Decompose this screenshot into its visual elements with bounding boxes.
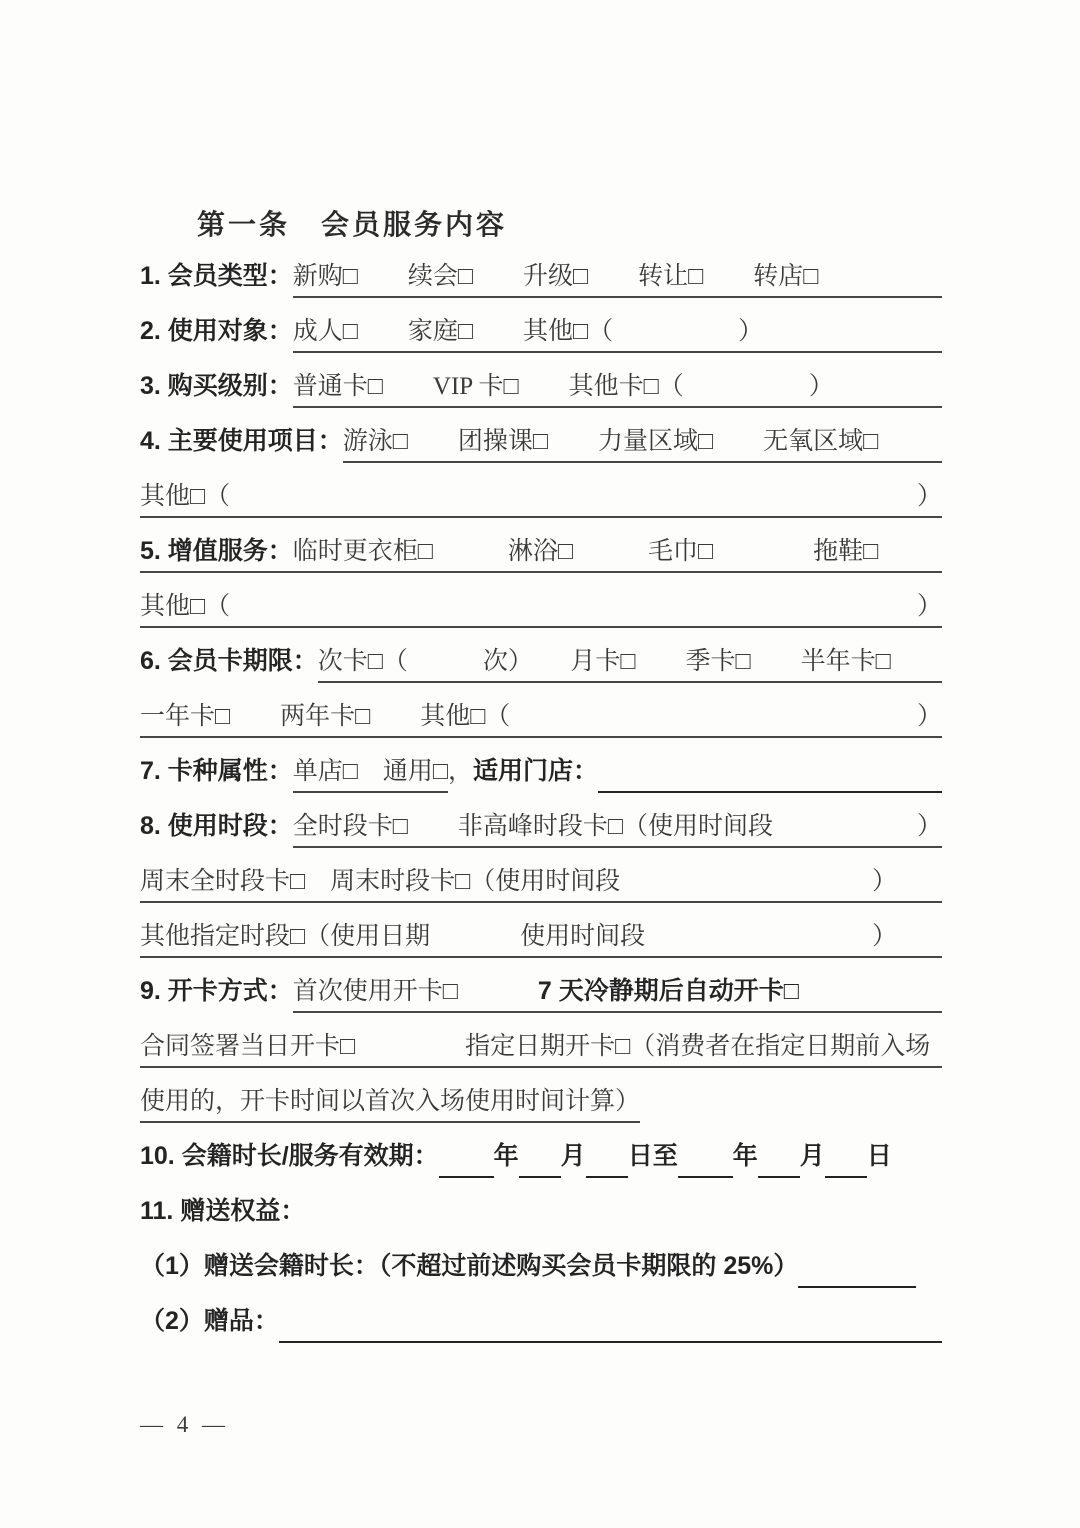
form-row-usage-time: 8. 使用时段： 全时段卡□ 非高峰时段卡□（使用时间段 ） (140, 793, 942, 848)
usage-time-weekend-blank[interactable] (620, 897, 872, 903)
card-term-other-blank[interactable] (510, 732, 917, 738)
usage-time-other-prefix[interactable]: 其他指定时段□（使用日期 (140, 916, 430, 958)
rule-gap (458, 1007, 538, 1013)
card-term-options2[interactable]: 一年卡□ 两年卡□ 其他□（ (140, 696, 510, 738)
form-row-bonus-duration: （1）赠送会籍时长：（不超过前述购买会员卡期限的 25%） (140, 1233, 942, 1288)
close-paren: ） (917, 586, 942, 628)
usage-time-options[interactable]: 全时段卡□ 非高峰时段卡□（使用时间段 (293, 806, 773, 848)
form-row-card-attribute: 7. 卡种属性： 单店□ 通用□ ， 适用门店： (140, 738, 942, 793)
activation-option1[interactable]: 首次使用开卡□ (293, 971, 458, 1013)
value-added-other-blank[interactable] (230, 622, 917, 628)
close-paren: ） (872, 861, 897, 903)
value-added-options[interactable]: 临时更衣柜□ 淋浴□ 毛巾□ 拖鞋□ (293, 531, 878, 573)
membership-type-options[interactable]: 新购□ 续会□ 升级□ 转让□ 转店□ (293, 256, 819, 298)
rule-gap (355, 1062, 465, 1068)
main-usage-blank[interactable] (878, 457, 942, 463)
form-row-card-term: 6. 会员卡期限： 次卡□（ 次） 月卡□ 季卡□ 半年卡□ (140, 628, 942, 683)
close-paren: ） (917, 806, 942, 848)
comma-separator: ， (448, 751, 473, 793)
applicable-store-label: 适用门店： (473, 751, 598, 793)
card-term-blank[interactable] (891, 677, 942, 683)
duration-label: 10. 会籍时长/服务有效期： (140, 1136, 439, 1178)
value-added-other-prefix[interactable]: 其他□（ (140, 586, 230, 628)
form-row-bonus: 11. 赠送权益： (140, 1178, 942, 1233)
activation-cont-rule (930, 1062, 942, 1068)
usage-time-blank[interactable] (773, 842, 917, 848)
page-content: 第一条 会员服务内容 1. 会员类型： 新购□ 续会□ 升级□ 转让□ 转店□ … (140, 203, 942, 1343)
value-added-blank[interactable] (878, 567, 942, 573)
card-term-label: 6. 会员卡期限： (140, 641, 318, 683)
unit-year2: 年 (733, 1136, 758, 1178)
main-usage-other-blank[interactable] (230, 512, 917, 518)
purchase-level-label: 3. 购买级别： (140, 366, 293, 408)
main-usage-options[interactable]: 游泳□ 团操课□ 力量区域□ 无氧区域□ (343, 421, 878, 463)
bonus-label: 11. 赠送权益： (140, 1191, 305, 1233)
main-usage-other-prefix[interactable]: 其他□（ (140, 476, 230, 518)
usage-time-label: 8. 使用时段： (140, 806, 293, 848)
value-added-label: 5. 增值服务： (140, 531, 293, 573)
purchase-level-blank[interactable] (834, 402, 942, 408)
unit-day-to: 日至 (628, 1136, 678, 1178)
bonus-duration-label: （1）赠送会籍时长：（不超过前述购买会员卡期限的 25%） (140, 1246, 798, 1288)
usage-time-other-mid: 使用时间段 (520, 916, 645, 958)
form-row-value-added: 5. 增值服务： 临时更衣柜□ 淋浴□ 毛巾□ 拖鞋□ (140, 518, 942, 573)
unit-month: 月 (561, 1136, 586, 1178)
form-row-card-term-cont: 一年卡□ 两年卡□ 其他□（ ） (140, 683, 942, 738)
activation-option4[interactable]: 指定日期开卡□（消费者在指定日期前入场 (465, 1026, 930, 1068)
form-row-main-usage-other: 其他□（ ） (140, 463, 942, 518)
end-month-blank[interactable] (758, 1172, 800, 1178)
usage-time-other-blank[interactable] (645, 952, 872, 958)
start-month-blank[interactable] (519, 1172, 561, 1178)
membership-type-blank[interactable] (818, 292, 942, 298)
card-term-options[interactable]: 次卡□（ 次） 月卡□ 季卡□ 半年卡□ (318, 641, 891, 683)
start-year-blank[interactable] (439, 1172, 494, 1178)
close-paren: ） (917, 696, 942, 738)
end-day-blank[interactable] (825, 1172, 867, 1178)
trailing-rule (897, 897, 942, 903)
form-row-purchase-level: 3. 购买级别： 普通卡□ VIP 卡□ 其他卡□（ ） (140, 353, 942, 408)
card-attribute-options[interactable]: 单店□ 通用□ (293, 751, 448, 793)
form-row-activation-note: 使用的，开卡时间以首次入场使用时间计算） (140, 1068, 942, 1123)
bonus-gift-blank[interactable] (279, 1337, 942, 1343)
user-target-options[interactable]: 成人□ 家庭□ 其他□（ ） (293, 311, 763, 353)
trailing-rule (897, 952, 942, 958)
scanned-contract-page: 第一条 会员服务内容 1. 会员类型： 新购□ 续会□ 升级□ 转让□ 转店□ … (0, 0, 1080, 1528)
unit-day2: 日 (867, 1136, 892, 1178)
form-row-value-added-other: 其他□（ ） (140, 573, 942, 628)
main-usage-label: 4. 主要使用项目： (140, 421, 343, 463)
activation-blank[interactable] (799, 1007, 942, 1013)
form-row-duration: 10. 会籍时长/服务有效期： 年 月 日至 年 月 日 (140, 1123, 942, 1178)
user-target-blank[interactable] (763, 347, 942, 353)
purchase-level-options[interactable]: 普通卡□ VIP 卡□ 其他卡□（ ） (293, 366, 834, 408)
usage-date-blank[interactable] (430, 952, 520, 958)
user-target-label: 2. 使用对象： (140, 311, 293, 353)
form-row-bonus-gift: （2）赠品： (140, 1288, 942, 1343)
form-row-membership-type: 1. 会员类型： 新购□ 续会□ 升级□ 转让□ 转店□ (140, 243, 942, 298)
close-paren: ） (917, 476, 942, 518)
form-row-activation: 9. 开卡方式： 首次使用开卡□ 7 天冷静期后自动开卡□ (140, 958, 942, 1013)
form-row-main-usage: 4. 主要使用项目： 游泳□ 团操课□ 力量区域□ 无氧区域□ (140, 408, 942, 463)
form-row-activation-cont: 合同签署当日开卡□ 指定日期开卡□（消费者在指定日期前入场 (140, 1013, 942, 1068)
section-title: 第一条 会员服务内容 (140, 203, 942, 243)
page-number: — 4 — (140, 1412, 229, 1438)
start-day-blank[interactable] (586, 1172, 628, 1178)
unit-month2: 月 (800, 1136, 825, 1178)
unit-year: 年 (494, 1136, 519, 1178)
form-row-usage-time-other: 其他指定时段□（使用日期 使用时间段 ） (140, 903, 942, 958)
form-row-user-target: 2. 使用对象： 成人□ 家庭□ 其他□（ ） (140, 298, 942, 353)
form-row-usage-time-weekend: 周末全时段卡□ 周末时段卡□（使用时间段 ） (140, 848, 942, 903)
activation-note-text: 使用的，开卡时间以首次入场使用时间计算） (140, 1081, 640, 1123)
end-year-blank[interactable] (678, 1172, 733, 1178)
applicable-store-blank[interactable] (598, 787, 942, 793)
bonus-gift-label: （2）赠品： (140, 1301, 279, 1343)
close-paren: ） (872, 916, 897, 958)
bonus-duration-blank[interactable] (798, 1282, 916, 1288)
activation-option2[interactable]: 7 天冷静期后自动开卡□ (538, 971, 799, 1013)
card-attribute-label: 7. 卡种属性： (140, 751, 293, 793)
activation-option3[interactable]: 合同签署当日开卡□ (140, 1026, 355, 1068)
usage-time-weekend-options[interactable]: 周末全时段卡□ 周末时段卡□（使用时间段 (140, 861, 620, 903)
membership-type-label: 1. 会员类型： (140, 256, 293, 298)
activation-label: 9. 开卡方式： (140, 971, 293, 1013)
